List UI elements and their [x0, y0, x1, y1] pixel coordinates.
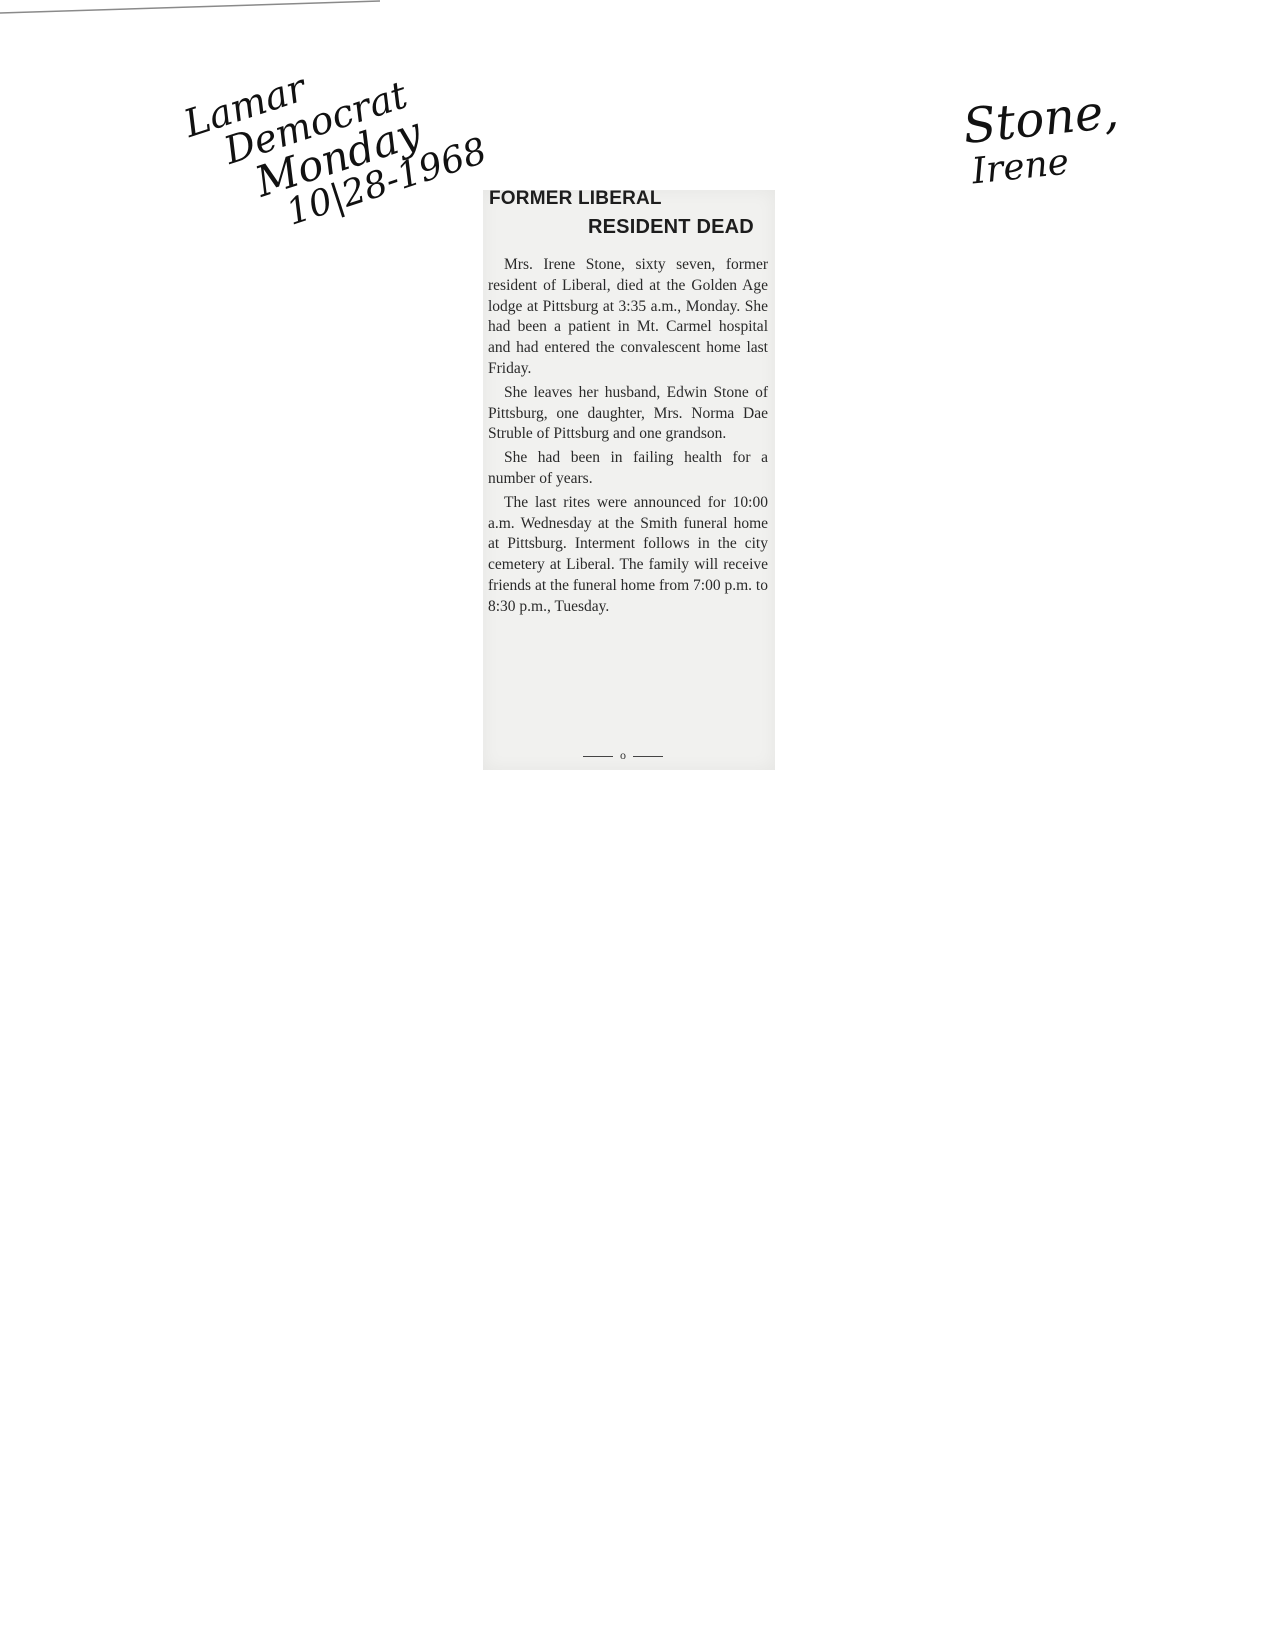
paragraph: Mrs. Irene Stone, sixty seven, former re…	[488, 255, 768, 380]
scan-edge-line	[0, 0, 380, 14]
newspaper-clipping: FORMER LIBERAL RESIDENT DEAD Mrs. Irene …	[483, 190, 775, 770]
headline-line-1: FORMER LIBERAL	[489, 188, 662, 210]
headline-line-2: RESIDENT DEAD	[588, 216, 754, 239]
clipping-body: Mrs. Irene Stone, sixty seven, former re…	[488, 255, 768, 621]
end-mark-divider: o	[583, 748, 663, 763]
handwritten-name-note: Stone, Irene	[961, 87, 1125, 191]
handwritten-source-note: Lamar Democrat Monday 10|28-1968	[170, 21, 491, 256]
paragraph: She had been in failing health for a num…	[488, 448, 768, 490]
paragraph: She leaves her husband, Edwin Stone of P…	[488, 383, 768, 445]
paragraph: The last rites were announced for 10:00 …	[488, 493, 768, 618]
